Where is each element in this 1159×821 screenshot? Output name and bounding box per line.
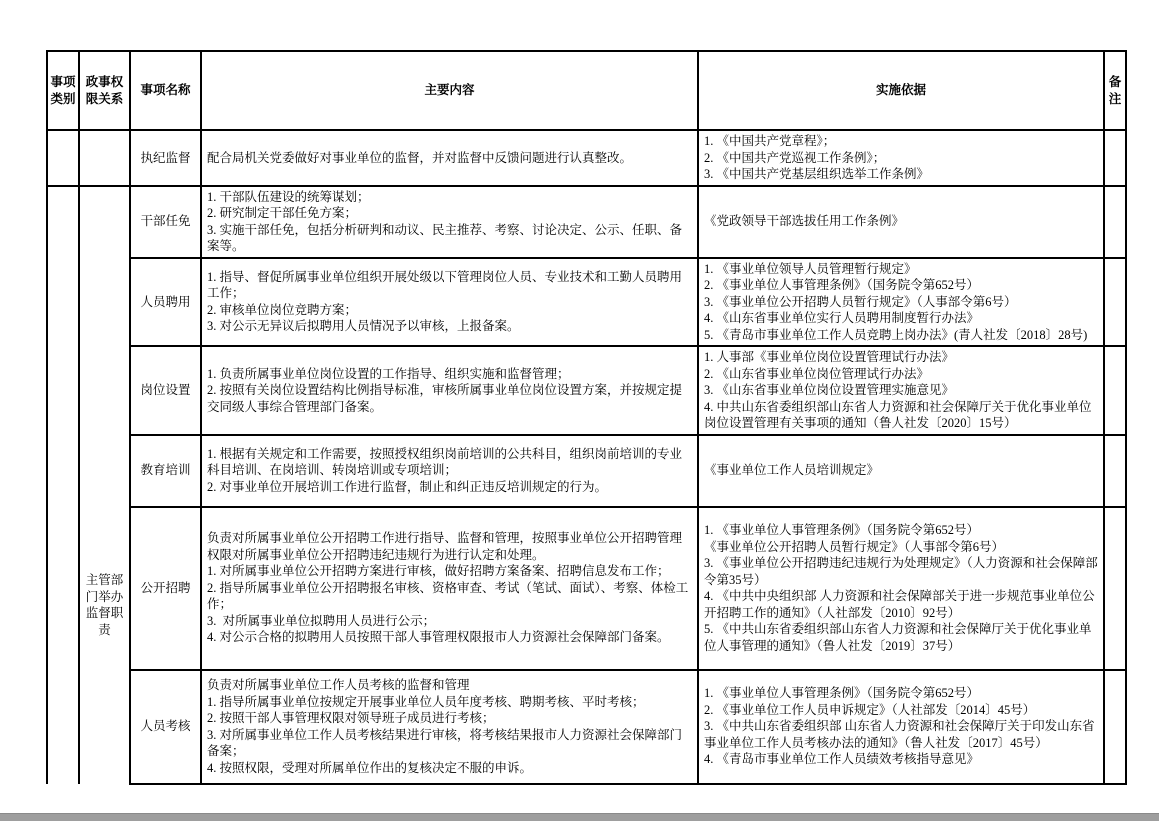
- col-header-main-content: 主要内容: [201, 51, 698, 130]
- remark-cell: [1104, 346, 1126, 435]
- table-row: 主管部门举办监督职责 干部任免 1. 干部队伍建设的统筹谋划； 2. 研究制定干…: [47, 186, 1126, 258]
- remark-cell: [1104, 435, 1126, 507]
- duty-table: 事项类别 政事权限关系 事项名称 主要内容 实施依据 备注 执纪监督 配合局机关…: [46, 50, 1127, 785]
- category-cell: [47, 186, 79, 784]
- basis-cell: 《事业单位工作人员培训规定》: [698, 435, 1104, 507]
- document-table: 事项类别 政事权限关系 事项名称 主要内容 实施依据 备注 执纪监督 配合局机关…: [46, 50, 1127, 785]
- remark-cell: [1104, 186, 1126, 258]
- item-name-cell: 公开招聘: [130, 507, 201, 670]
- table-row: 人员考核 负责对所属事业单位工作人员考核的监督和管理 1. 指导所属事业单位按规…: [47, 670, 1126, 784]
- main-content-cell: 1. 根据有关规定和工作需要，按照授权组织岗前培训的公共科目，组织岗前培训的专业…: [201, 435, 698, 507]
- item-name-cell: 人员考核: [130, 670, 201, 784]
- relation-group-cell: 主管部门举办监督职责: [79, 186, 130, 784]
- remark-cell: [1104, 130, 1126, 186]
- remark-cell: [1104, 258, 1126, 347]
- window-bottom-edge: [0, 813, 1159, 821]
- table-row: 教育培训 1. 根据有关规定和工作需要，按照授权组织岗前培训的公共科目，组织岗前…: [47, 435, 1126, 507]
- basis-cell: 1. 《事业单位领导人员管理暂行规定》 2. 《事业单位人事管理条例》（国务院令…: [698, 258, 1104, 347]
- main-content-cell: 负责对所属事业单位工作人员考核的监督和管理 1. 指导所属事业单位按规定开展事业…: [201, 670, 698, 784]
- main-content-cell: 1. 指导、督促所属事业单位组织开展处级以下管理岗位人员、专业技术和工勤人员聘用…: [201, 258, 698, 347]
- table-row: 岗位设置 1. 负责所属事业单位岗位设置的工作指导、组织实施和监督管理； 2. …: [47, 346, 1126, 435]
- basis-cell: 《党政领导干部选拔任用工作条例》: [698, 186, 1104, 258]
- item-name-cell: 执纪监督: [130, 130, 201, 186]
- basis-cell: 1. 《事业单位人事管理条例》（国务院令第652号） 2. 《事业单位工作人员申…: [698, 670, 1104, 784]
- header-row: 事项类别 政事权限关系 事项名称 主要内容 实施依据 备注: [47, 51, 1126, 130]
- col-header-item-name: 事项名称: [130, 51, 201, 130]
- item-name-cell: 教育培训: [130, 435, 201, 507]
- table-row: 执纪监督 配合局机关党委做好对事业单位的监督，并对监督中反馈问题进行认真整改。 …: [47, 130, 1126, 186]
- main-content-cell: 1. 负责所属事业单位岗位设置的工作指导、组织实施和监督管理； 2. 按照有关岗…: [201, 346, 698, 435]
- col-header-item-category: 事项类别: [47, 51, 79, 130]
- category-cell: [47, 130, 79, 186]
- basis-cell: 1. 《事业单位人事管理条例》（国务院令第652号） 《事业单位公开招聘人员暂行…: [698, 507, 1104, 670]
- main-content-cell: 1. 干部队伍建设的统筹谋划； 2. 研究制定干部任免方案； 3. 实施干部任免…: [201, 186, 698, 258]
- main-content-cell: 负责对所属事业单位公开招聘工作进行指导、监督和管理，按照事业单位公开招聘管理权限…: [201, 507, 698, 670]
- col-header-authority-relation: 政事权限关系: [79, 51, 130, 130]
- basis-cell: 1. 人事部《事业单位岗位设置管理试行办法》 2. 《山东省事业单位岗位管理试行…: [698, 346, 1104, 435]
- relation-group-label: 主管部门举办监督职责: [81, 572, 128, 638]
- table-row: 人员聘用 1. 指导、督促所属事业单位组织开展处级以下管理岗位人员、专业技术和工…: [47, 258, 1126, 347]
- table-row: 公开招聘 负责对所属事业单位公开招聘工作进行指导、监督和管理，按照事业单位公开招…: [47, 507, 1126, 670]
- col-header-implementation-basis: 实施依据: [698, 51, 1104, 130]
- item-name-cell: 岗位设置: [130, 346, 201, 435]
- remark-cell: [1104, 507, 1126, 670]
- item-name-cell: 干部任免: [130, 186, 201, 258]
- main-content-cell: 配合局机关党委做好对事业单位的监督，并对监督中反馈问题进行认真整改。: [201, 130, 698, 186]
- relation-cell: [79, 130, 130, 186]
- remark-cell: [1104, 670, 1126, 784]
- col-header-remark: 备注: [1104, 51, 1126, 130]
- item-name-cell: 人员聘用: [130, 258, 201, 347]
- basis-cell: 1. 《中国共产党章程》； 2. 《中国共产党巡视工作条例》； 3. 《中国共产…: [698, 130, 1104, 186]
